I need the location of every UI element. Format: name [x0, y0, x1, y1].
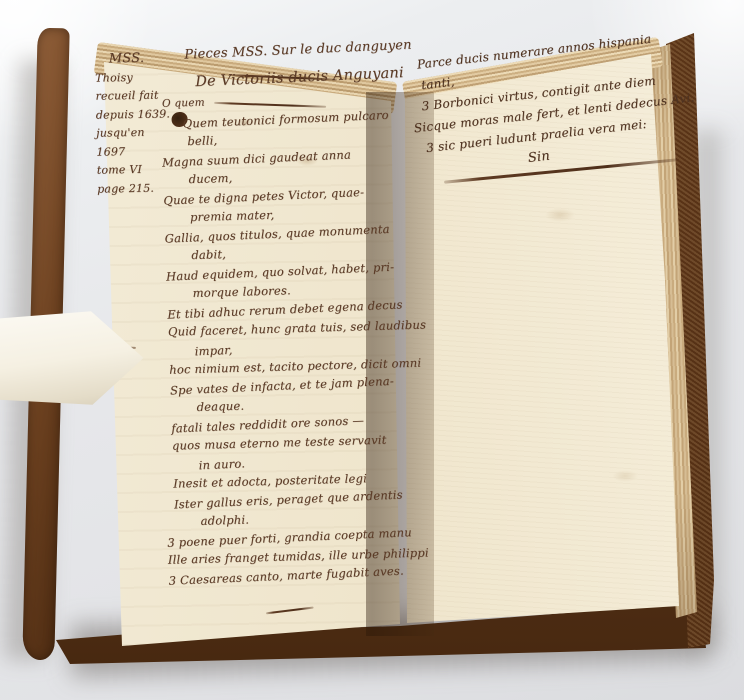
foxing-stain: [612, 470, 638, 482]
photo-of-open-manuscript: MSS. Thoisy recueil fait depuis 1639. ju…: [0, 0, 744, 700]
left-page-text: Pieces MSS. Sur le duc danguyen De Victo…: [150, 37, 421, 589]
foxing-stain: [545, 208, 575, 222]
page-header: Pieces MSS. Sur le duc danguyen: [150, 36, 403, 66]
